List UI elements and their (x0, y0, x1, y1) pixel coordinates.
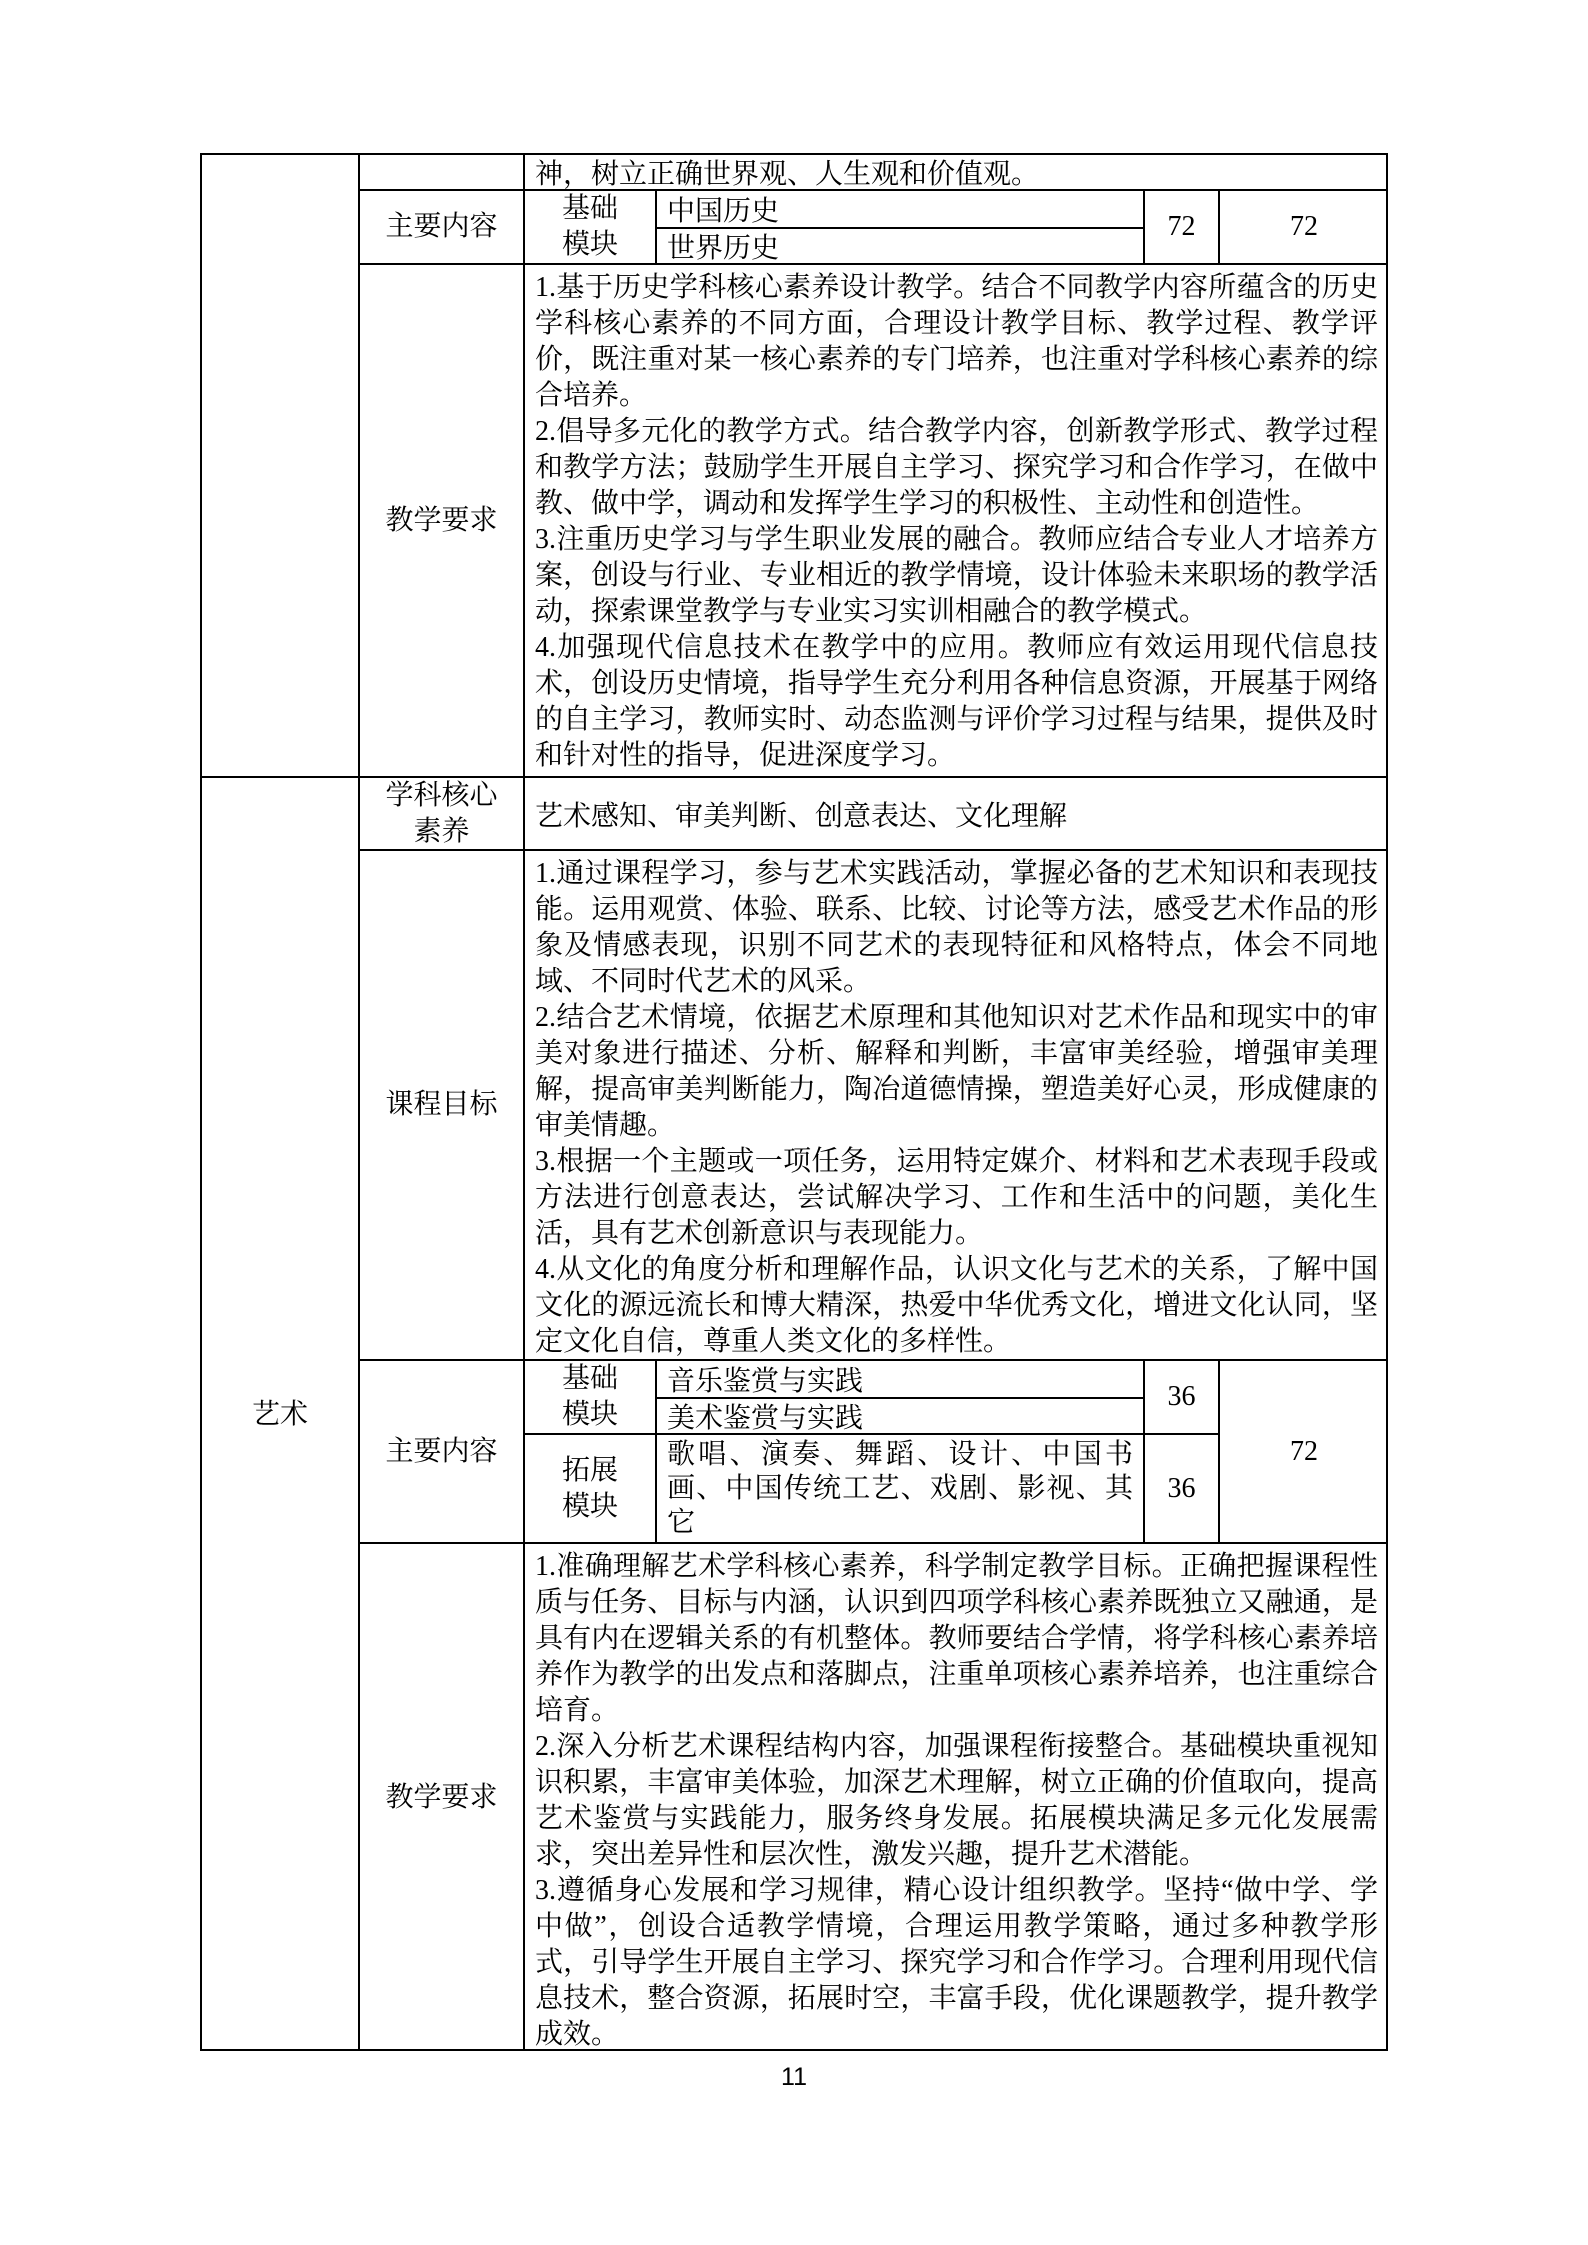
art-extended-module-label: 拓展 模块 (523, 1433, 655, 1542)
history-carryover-label-cell-empty (358, 153, 523, 189)
art-subject-label: 艺术 (200, 776, 358, 2051)
history-teaching-req-content: 1.基于历史学科核心素养设计教学。结合不同教学内容所蕴含的历史学科核心素养的不同… (523, 263, 1388, 776)
curriculum-table: 神，树立正确世界观、人生观和价值观。 主要内容 基础 模块 中国历史 世界历史 … (200, 153, 1388, 2051)
history-main-content-label: 主要内容 (358, 189, 523, 263)
art-objectives-content: 1.通过课程学习，参与艺术实践活动，掌握必备的艺术知识和表现技能。运用观赏、体验… (523, 849, 1388, 1359)
art-extended-module-content: 歌唱、演奏、舞蹈、设计、中国书画、中国传统工艺、戏剧、影视、其它 (655, 1433, 1143, 1542)
art-total-hours: 72 (1218, 1359, 1388, 1542)
page-number: 11 (0, 2063, 1588, 2092)
document-page: 神，树立正确世界观、人生观和价值观。 主要内容 基础 模块 中国历史 世界历史 … (0, 0, 1588, 2245)
history-teaching-req-label: 教学要求 (358, 263, 523, 776)
art-basic-item-music: 音乐鉴赏与实践 (655, 1359, 1143, 1397)
history-module-item-world: 世界历史 (655, 227, 1143, 263)
art-teaching-req-content: 1.准确理解艺术学科核心素养，科学制定教学目标。正确把握课程性质与任务、目标与内… (523, 1542, 1388, 2051)
art-objectives-label: 课程目标 (358, 849, 523, 1359)
history-basic-module-label: 基础 模块 (523, 189, 655, 263)
history-module-hours: 72 (1143, 189, 1218, 263)
art-main-content-label: 主要内容 (358, 1359, 523, 1542)
art-teaching-req-label: 教学要求 (358, 1542, 523, 2051)
art-extended-module-hours: 36 (1143, 1433, 1218, 1542)
art-basic-module-hours: 36 (1143, 1359, 1218, 1433)
art-core-literacy-content: 艺术感知、审美判断、创意表达、文化理解 (523, 776, 1388, 849)
history-carryover-text: 神，树立正确世界观、人生观和价值观。 (523, 153, 1388, 189)
art-basic-item-fine-art: 美术鉴赏与实践 (655, 1397, 1143, 1433)
history-module-item-china: 中国历史 (655, 189, 1143, 227)
art-core-literacy-label: 学科核心 素养 (358, 776, 523, 849)
history-total-hours: 72 (1218, 189, 1388, 263)
art-basic-module-label: 基础 模块 (523, 1359, 655, 1433)
history-subject-cell-empty (200, 153, 358, 776)
